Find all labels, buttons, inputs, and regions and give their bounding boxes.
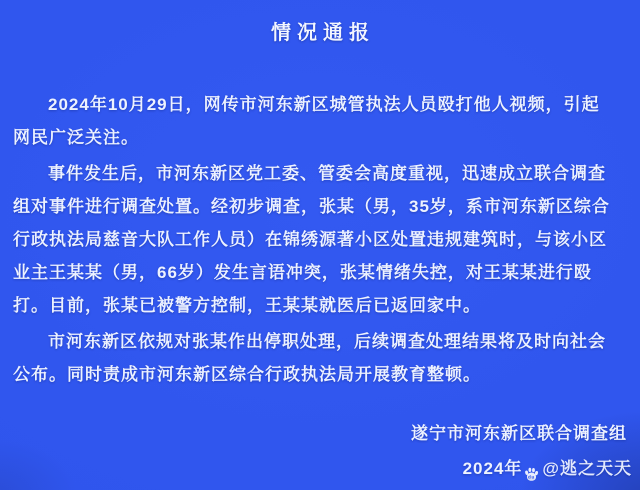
notice-line: 2024年10月29日，网传市河东新区城管执法人员殴打他人视频，引起 [13,88,627,121]
notice-line: 公布。同时责成市河东新区综合行政执法局开展教育整顿。 [13,358,627,391]
baidu-paw-icon: du [523,461,540,478]
notice-line: 事件发生后，市河东新区党工委、管委会高度重视，迅速成立联合调查 [13,157,627,190]
notice-paragraph: 市河东新区依规对张某作出停职处理，后续调查处理结果将及时向社会 公布。同时责成市… [13,325,627,391]
notice-line: 网民广泛关注。 [13,121,627,154]
notice-line: 组对事件进行调查处置。经初步调查，张某（男，35岁，系市河东新区综合 [13,190,627,223]
notice-line: 业主王某某（男，66岁）发生言语冲突，张某情绪失控，对王某某进行殴 [13,256,627,289]
notice-line: 市河东新区依规对张某作出停职处理，后续调查处理结果将及时向社会 [13,325,627,358]
date-line: 2024年 du @逃之天天 [0,452,632,485]
notice-line: 打。目前，张某已被警方控制，王某某就医后已返回家中。 [13,289,627,322]
notice-body: 2024年10月29日，网传市河东新区城管执法人员殴打他人视频，引起 网民广泛关… [13,88,627,391]
watermark-handle: @逃之天天 [542,452,632,485]
notice-line: 行政执法局慈音大队工作人员）在锦绣源著小区处置违规建筑时，与该小区 [13,223,627,256]
notice-paragraph: 事件发生后，市河东新区党工委、管委会高度重视，迅速成立联合调查 组对事件进行调查… [13,157,627,322]
signature-line: 遂宁市河东新区联合调查组 [0,417,627,450]
watermark: du @逃之天天 [522,452,632,485]
notice-paragraph: 2024年10月29日，网传市河东新区城管执法人员殴打他人视频，引起 网民广泛关… [13,88,627,154]
notice-title: 情况通报 [0,0,640,46]
date-text: 2024年 [463,452,523,485]
svg-text:du: du [528,474,535,479]
notice-page: 情况通报 2024年10月29日，网传市河东新区城管执法人员殴打他人视频，引起 … [0,0,640,490]
